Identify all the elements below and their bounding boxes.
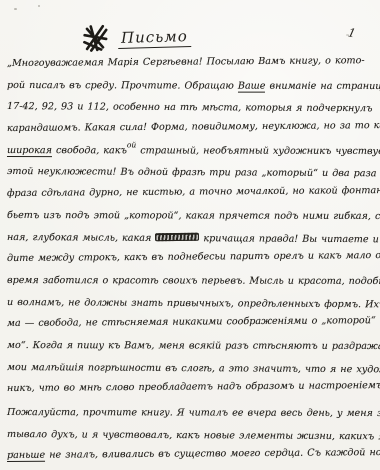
manuscript-line: ма — свобода, не стѣсняемая никакими соо… xyxy=(7,310,377,335)
manuscript-line: бьетъ изъ подъ этой „которой“, какая пря… xyxy=(7,205,377,228)
underlined-word: раньше xyxy=(7,450,45,462)
letter-title: Письмо xyxy=(118,27,191,49)
line-text: страшный, необъятный художникъ чувствует… xyxy=(136,145,380,157)
underlined-word: широкая xyxy=(7,145,52,157)
manuscript-line: широкая свобода, какъой страшный, необъя… xyxy=(7,140,377,163)
letter-body: „Многоуважаемая Марія Сергѣевна! Посылаю… xyxy=(7,53,377,467)
manuscript-line: Пожалуйста, прочтите книгу. Я читалъ ее … xyxy=(7,402,377,425)
manuscript-line: „Многоуважаемая Марія Сергѣевна! Посылаю… xyxy=(7,50,377,75)
line-text: свобода, какъ xyxy=(52,145,127,156)
page-number: 1 xyxy=(347,25,357,40)
manuscript-line: фраза сдѣлана дурно, не кистью, а точно … xyxy=(7,180,377,205)
line-text: рой писалъ въ среду. Прочтите. Обращаю xyxy=(7,80,238,92)
line-text: вниманіе на страницы xyxy=(265,80,380,91)
manuscript-line: никъ, что во мнѣ слово преобладаетъ надъ… xyxy=(7,375,377,400)
crossed-out-word xyxy=(155,232,199,240)
line-text: кричащая правда! Вы читаете и ви- xyxy=(199,233,380,245)
line-text: не зналъ, вливались въ существо моего се… xyxy=(45,447,380,461)
manuscript-line: время заботился о красотѣ своихъ перьевъ… xyxy=(7,270,377,293)
manuscript-line: дите между строкъ, какъ въ поднебесьи па… xyxy=(7,245,377,270)
scan-speck xyxy=(14,8,17,10)
inserted-correction: ой xyxy=(127,140,136,149)
manuscript-line: карандашомъ. Какая сила! Форма, повидимо… xyxy=(7,115,377,140)
underlined-word: Ваше xyxy=(238,80,266,92)
manuscript-page: 1 Письмо „Многоуважаемая Марія Сергѣевна… xyxy=(0,0,380,470)
title-row: Письмо xyxy=(82,24,191,52)
manuscript-line: раньше не зналъ, вливались въ существо м… xyxy=(7,442,377,467)
scan-speck xyxy=(38,5,40,7)
line-text: ная, глубокая мысль, какая xyxy=(7,232,155,244)
manuscript-line: рой писалъ въ среду. Прочтите. Обращаю В… xyxy=(7,75,377,98)
ink-scribble-icon xyxy=(81,23,112,54)
manuscript-line: мо“. Когда я пишу къ Вамъ, меня всякій р… xyxy=(7,335,377,358)
